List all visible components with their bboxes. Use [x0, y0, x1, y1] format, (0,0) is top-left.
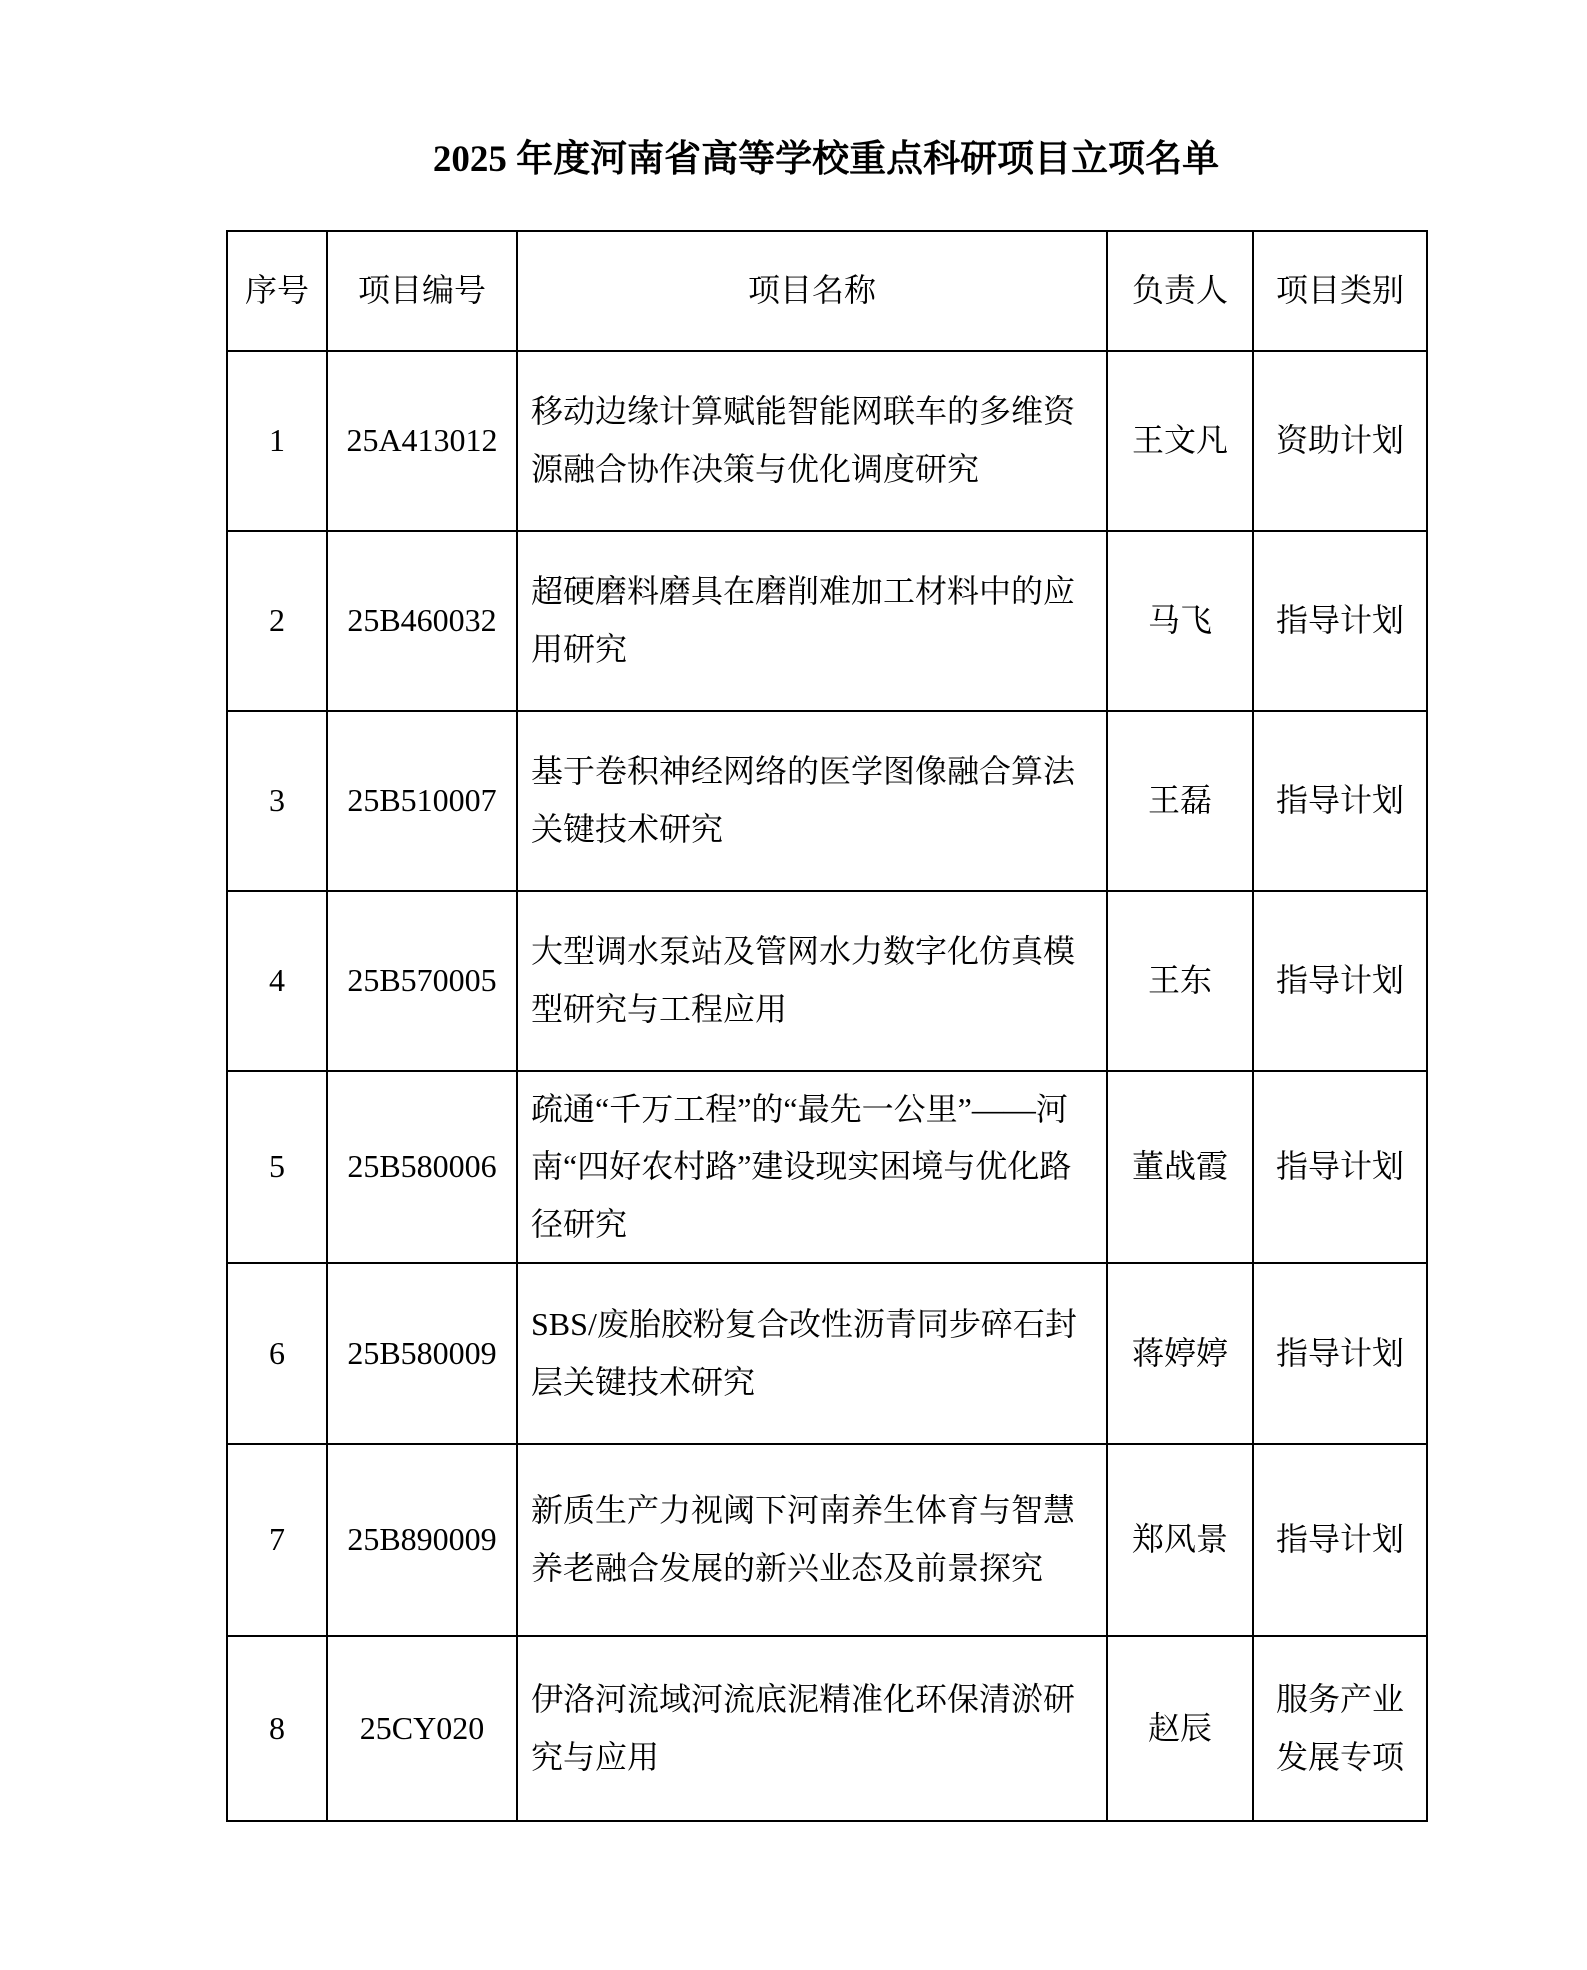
table-row: 4 25B570005 大型调水泵站及管网水力数字化仿真模型研究与工程应用 王东…: [227, 891, 1427, 1071]
cell-project-name: 移动边缘计算赋能智能网联车的多维资源融合协作决策与优化调度研究: [517, 351, 1107, 531]
cell-seq: 6: [227, 1263, 327, 1444]
column-header-project-name: 项目名称: [517, 231, 1107, 351]
cell-category: 指导计划: [1253, 711, 1427, 891]
cell-project-name: 伊洛河流域河流底泥精准化环保清淤研究与应用: [517, 1636, 1107, 1821]
cell-project-name: SBS/废胎胶粉复合改性沥青同步碎石封层关键技术研究: [517, 1263, 1107, 1444]
table-row: 8 25CY020 伊洛河流域河流底泥精准化环保清淤研究与应用 赵辰 服务产业发…: [227, 1636, 1427, 1821]
cell-project-name: 基于卷积神经网络的医学图像融合算法关键技术研究: [517, 711, 1107, 891]
column-header-project-code: 项目编号: [327, 231, 517, 351]
cell-leader: 马飞: [1107, 531, 1253, 711]
cell-category: 服务产业发展专项: [1253, 1636, 1427, 1821]
cell-project-name: 新质生产力视阈下河南养生体育与智慧养老融合发展的新兴业态及前景探究: [517, 1444, 1107, 1636]
cell-project-name: 大型调水泵站及管网水力数字化仿真模型研究与工程应用: [517, 891, 1107, 1071]
cell-category: 指导计划: [1253, 1263, 1427, 1444]
document-title: 2025 年度河南省高等学校重点科研项目立项名单: [226, 140, 1426, 181]
cell-project-code: 25B890009: [327, 1444, 517, 1636]
cell-seq: 2: [227, 531, 327, 711]
document-page: 2025 年度河南省高等学校重点科研项目立项名单 序号 项目编号 项目名称 负责…: [0, 0, 1587, 1970]
table-row: 3 25B510007 基于卷积神经网络的医学图像融合算法关键技术研究 王磊 指…: [227, 711, 1427, 891]
column-header-seq: 序号: [227, 231, 327, 351]
project-table: 序号 项目编号 项目名称 负责人 项目类别 1 25A413012 移动边缘计算…: [226, 230, 1428, 1822]
cell-leader: 董战霞: [1107, 1071, 1253, 1263]
cell-seq: 7: [227, 1444, 327, 1636]
cell-seq: 3: [227, 711, 327, 891]
table-row: 7 25B890009 新质生产力视阈下河南养生体育与智慧养老融合发展的新兴业态…: [227, 1444, 1427, 1636]
cell-category: 指导计划: [1253, 891, 1427, 1071]
cell-category: 指导计划: [1253, 1444, 1427, 1636]
cell-project-code: 25B510007: [327, 711, 517, 891]
table-row: 1 25A413012 移动边缘计算赋能智能网联车的多维资源融合协作决策与优化调…: [227, 351, 1427, 531]
cell-seq: 4: [227, 891, 327, 1071]
cell-project-code: 25B580009: [327, 1263, 517, 1444]
table-header-row: 序号 项目编号 项目名称 负责人 项目类别: [227, 231, 1427, 351]
cell-seq: 5: [227, 1071, 327, 1263]
cell-leader: 王文凡: [1107, 351, 1253, 531]
column-header-leader: 负责人: [1107, 231, 1253, 351]
table-row: 6 25B580009 SBS/废胎胶粉复合改性沥青同步碎石封层关键技术研究 蒋…: [227, 1263, 1427, 1444]
cell-project-name: 疏通“千万工程”的“最先一公里”——河南“四好农村路”建设现实困境与优化路径研究: [517, 1071, 1107, 1263]
cell-leader: 王东: [1107, 891, 1253, 1071]
cell-leader: 郑风景: [1107, 1444, 1253, 1636]
cell-leader: 赵辰: [1107, 1636, 1253, 1821]
column-header-category: 项目类别: [1253, 231, 1427, 351]
cell-category: 指导计划: [1253, 531, 1427, 711]
cell-seq: 8: [227, 1636, 327, 1821]
cell-category: 资助计划: [1253, 351, 1427, 531]
cell-project-code: 25A413012: [327, 351, 517, 531]
cell-project-name: 超硬磨料磨具在磨削难加工材料中的应用研究: [517, 531, 1107, 711]
cell-category: 指导计划: [1253, 1071, 1427, 1263]
cell-project-code: 25B460032: [327, 531, 517, 711]
cell-project-code: 25B580006: [327, 1071, 517, 1263]
cell-project-code: 25B570005: [327, 891, 517, 1071]
table-row: 5 25B580006 疏通“千万工程”的“最先一公里”——河南“四好农村路”建…: [227, 1071, 1427, 1263]
table-row: 2 25B460032 超硬磨料磨具在磨削难加工材料中的应用研究 马飞 指导计划: [227, 531, 1427, 711]
cell-leader: 王磊: [1107, 711, 1253, 891]
cell-project-code: 25CY020: [327, 1636, 517, 1821]
cell-leader: 蒋婷婷: [1107, 1263, 1253, 1444]
cell-seq: 1: [227, 351, 327, 531]
